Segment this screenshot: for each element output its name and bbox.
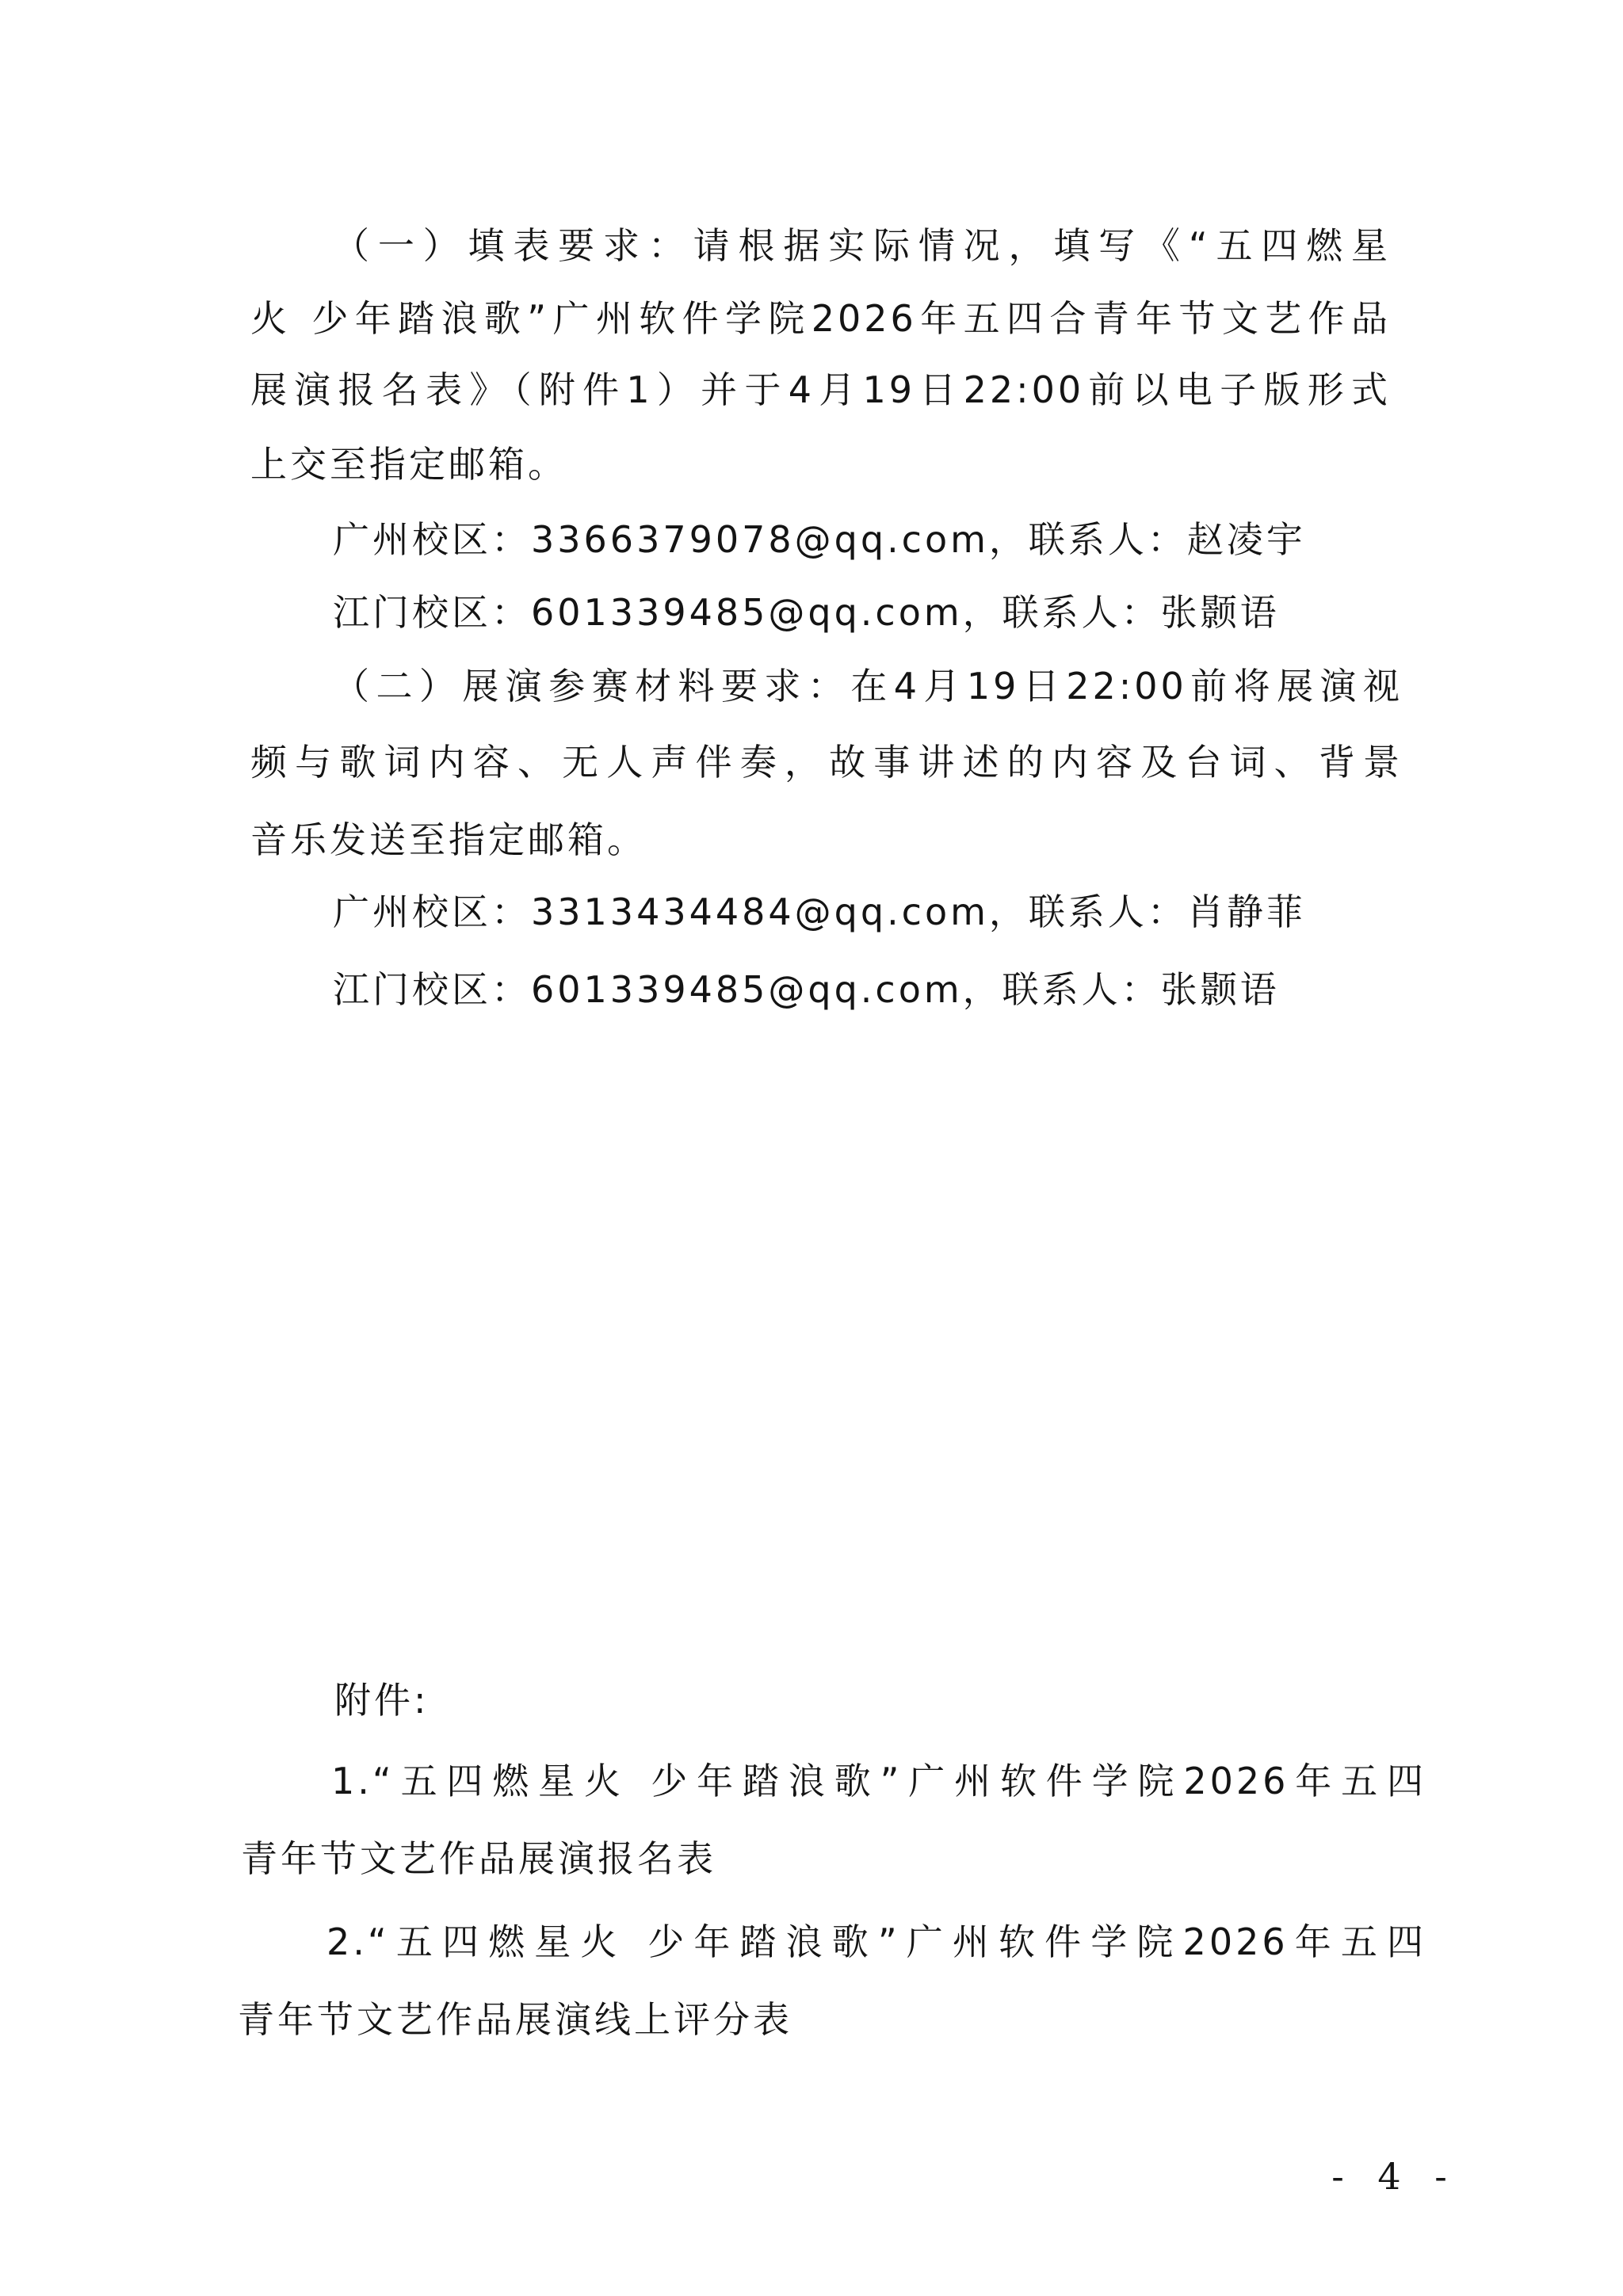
- attachments-heading: 附件:: [334, 1676, 430, 1724]
- section2-line-1: （二）展演参赛材料要求：在4月19日22:00前将展演视: [333, 662, 1403, 710]
- attachment-2-line-2: 青年节文艺作品展演线上评分表: [238, 1996, 792, 2043]
- section1-line-4: 上交至指定邮箱。: [250, 441, 567, 488]
- page-number: - 4 -: [1316, 2157, 1474, 2196]
- attachment-1-line-2: 青年节文艺作品展演报名表: [241, 1835, 716, 1882]
- attachment-2-line-1: 2.“五四燃星火 少年踏浪歌”广州软件学院2026年五四: [327, 1918, 1426, 1966]
- section2-line-3: 音乐发送至指定邮箱。: [250, 816, 647, 864]
- section2-contact-jiangmen: 江门校区：601339485@qq.com，联系人：张颢语: [333, 966, 1280, 1013]
- section1-line-1: （一）填表要求：请根据实际情况，填写《“五四燃星: [333, 222, 1391, 269]
- section2-line-2: 频与歌词内容、无人声伴奏，故事讲述的内容及台词、背景: [250, 738, 1403, 786]
- section2-contact-guangzhou: 广州校区：3313434484@qq.com，联系人：肖静菲: [333, 888, 1306, 936]
- attachment-1-line-1: 1.“五四燃星火 少年踏浪歌”广州软件学院2026年五四: [331, 1757, 1426, 1805]
- section1-line-2: 火 少年踏浪歌”广州软件学院2026年五四合青年节文艺作品: [250, 295, 1391, 342]
- section1-contact-jiangmen: 江门校区：601339485@qq.com，联系人：张颢语: [333, 589, 1280, 636]
- section1-line-3: 展演报名表》（附件1）并于4月19日22:00前以电子版形式: [250, 366, 1391, 414]
- section1-contact-guangzhou: 广州校区：3366379078@qq.com，联系人：赵凌宇: [333, 516, 1306, 563]
